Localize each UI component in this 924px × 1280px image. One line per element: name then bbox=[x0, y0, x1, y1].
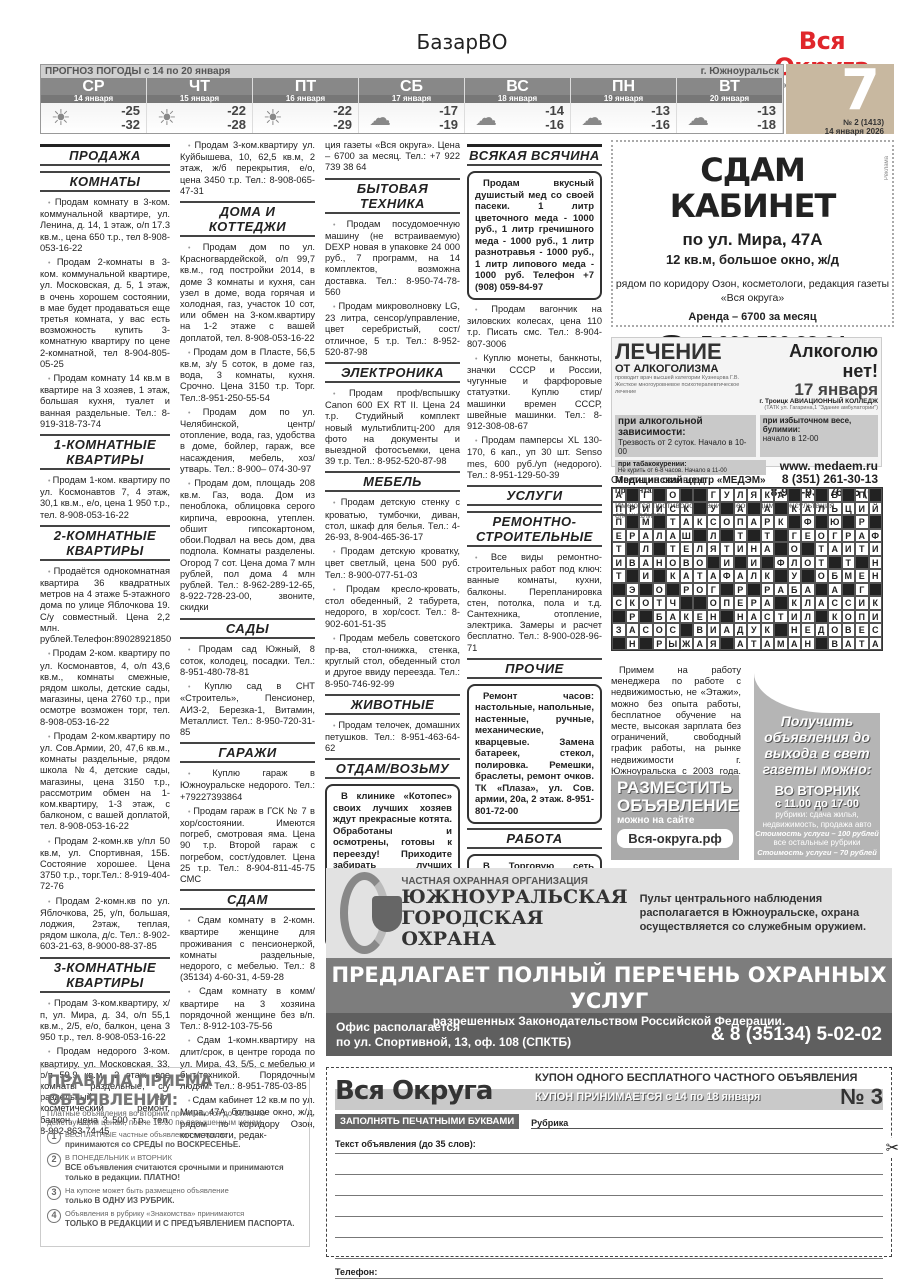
temp-day: -25 bbox=[121, 104, 140, 118]
coupon-text-line[interactable] bbox=[335, 1154, 883, 1175]
weather-city: г. Южноуральск bbox=[701, 65, 779, 78]
coupon-text-line[interactable] bbox=[335, 1175, 883, 1196]
crossword-cell: Р bbox=[653, 637, 667, 651]
section-repair: РЕМОНТНО-СТРОИТЕЛЬНЫЕ bbox=[467, 511, 602, 547]
section-appliances: БЫТОВАЯ ТЕХНИКА bbox=[325, 178, 460, 214]
ad-sec-name1: ЮЖНОУРАЛЬСКАЯ bbox=[401, 887, 627, 908]
section-sale: ПРОДАЖА bbox=[40, 144, 170, 166]
crossword-cell: Я bbox=[747, 488, 761, 502]
crossword-cell: Е bbox=[680, 542, 694, 556]
crossword-cell: О bbox=[815, 569, 829, 583]
crossword-cell: А bbox=[639, 556, 653, 570]
crossword-cell: Л bbox=[801, 596, 815, 610]
weather-date: 18 января bbox=[465, 95, 570, 103]
crossword-block bbox=[774, 569, 788, 583]
rule-line-b: ТОЛЬКО В РЕДАКЦИИ И С ПРЕДЪЯВЛЕНИЕМ ПАСП… bbox=[65, 1219, 294, 1228]
section-houses: ДОМА И КОТТЕДЖИ bbox=[180, 201, 315, 237]
ad-office-price: Аренда – 6700 за месяц bbox=[613, 311, 892, 323]
ad-tue-price2: Стоимость услуги – 70 рублей bbox=[754, 848, 880, 857]
crossword-cell: И bbox=[707, 623, 721, 637]
coupon-fill-label: ЗАПОЛНЯТЬ ПЕЧАТНЫМИ БУКВАМИ bbox=[335, 1114, 519, 1129]
crossword-cell: Ч bbox=[666, 596, 680, 610]
crossword-cell: В bbox=[828, 637, 842, 651]
crossword-cell: И bbox=[747, 556, 761, 570]
temp-night: -29 bbox=[333, 118, 352, 132]
crossword-cell: А bbox=[666, 529, 680, 543]
classified-ad: Продам 2-комн.кв у/пл 50 кв.м, ул. Спорт… bbox=[40, 836, 170, 893]
crossword-block bbox=[869, 583, 883, 597]
coupon-text-line[interactable] bbox=[335, 1217, 883, 1238]
ad-site-sub: можно на сайте bbox=[617, 815, 733, 826]
classified-ad: Продам 3-ком.квартиру ул. Куйбышева, 10,… bbox=[180, 140, 315, 197]
crossword-cell: А bbox=[666, 610, 680, 624]
temp-day: -22 bbox=[333, 104, 352, 118]
crossword-cell: И bbox=[788, 610, 802, 624]
coupon-phone-field[interactable]: Телефон: bbox=[335, 1259, 883, 1279]
rule-number-icon: 3 bbox=[47, 1186, 61, 1200]
crossword-cell: О bbox=[666, 556, 680, 570]
crossword-block bbox=[774, 529, 788, 543]
crossword-block bbox=[774, 542, 788, 556]
section-rooms: КОМНАТЫ bbox=[40, 171, 170, 192]
crossword-cell: К bbox=[761, 488, 775, 502]
crossword-cell: С bbox=[842, 596, 856, 610]
crossword-cell: О bbox=[653, 623, 667, 637]
classified-ad: Сдам комнату в комм/квартире на 3 хозяин… bbox=[180, 986, 315, 1032]
crossword-cell: Т bbox=[612, 542, 626, 556]
rules-subtitle: Платные объявления во вторник принимаютс… bbox=[47, 1109, 303, 1127]
crossword-cell: У bbox=[707, 502, 721, 516]
ad-med-b2-text: начало в 12-00 bbox=[763, 434, 875, 443]
crossword-block bbox=[626, 569, 640, 583]
crossword-block bbox=[653, 488, 667, 502]
crossword-cell: С bbox=[828, 596, 842, 610]
classified-ad: Продам памперсы XL 130-170, 6 кап., уп 3… bbox=[467, 435, 602, 481]
coupon-title: КУПОН ОДНОГО БЕСПЛАТНОГО ЧАСТНОГО ОБЪЯВЛ… bbox=[535, 1072, 883, 1084]
crossword-block bbox=[653, 515, 667, 529]
ad-tue-when: ВО ВТОРНИК bbox=[754, 783, 880, 798]
coupon-text-line[interactable] bbox=[335, 1196, 883, 1217]
classified-ad: Продаётся однокомнатная квартира 36 квад… bbox=[40, 566, 170, 645]
rule-line-a: В ПОНЕДЕЛЬНИК и ВТОРНИК bbox=[65, 1153, 303, 1163]
crossword-cell: В bbox=[828, 488, 842, 502]
crossword-block bbox=[626, 542, 640, 556]
rule-number-icon: 1 bbox=[47, 1130, 61, 1144]
classified-ad: Продам вагончик на зиловских колесах, це… bbox=[467, 304, 602, 350]
weather-day: ВС 18 января ☁ -14-16 bbox=[465, 78, 571, 133]
classified-ad: Куплю гараж в Южноуральске недорого. Тел… bbox=[180, 768, 315, 803]
classified-ad: Продам кресло-кровать, стол обеденный, 2… bbox=[325, 584, 460, 630]
crossword-cell: Г bbox=[639, 488, 653, 502]
weather-date: 15 января bbox=[147, 95, 252, 103]
rule-line-a: БЕСПЛАТНЫЕ частные объявления на купоне bbox=[65, 1130, 240, 1140]
crossword-cell: С bbox=[666, 623, 680, 637]
temp-night: -18 bbox=[757, 118, 776, 132]
coupon-number: № 3 bbox=[840, 1084, 883, 1110]
ad-site-link[interactable]: Вся-округа.рф bbox=[617, 829, 733, 848]
column-1: ПРОДАЖА КОМНАТЫ Продам комнату в 3-ком. … bbox=[40, 140, 170, 1140]
classified-ad: Продам 3-ком.квартиру, х/п, ул. Мира, д.… bbox=[40, 998, 170, 1044]
crossword-cell: Ф bbox=[720, 569, 734, 583]
crossword-block bbox=[815, 610, 829, 624]
ad-office-title: СДАМ КАБИНЕТ bbox=[613, 152, 892, 224]
crossword-cell: А bbox=[788, 637, 802, 651]
ad-tuesday-listings: Получить объявления до выхода в свет газ… bbox=[754, 665, 880, 860]
crossword-cell: О bbox=[815, 529, 829, 543]
crossword-cell: И bbox=[855, 502, 869, 516]
crossword-block bbox=[720, 637, 734, 651]
crossword-cell: О bbox=[801, 556, 815, 570]
section-misc: ВСЯКАЯ ВСЯЧИНА bbox=[467, 144, 602, 166]
crossword-block bbox=[693, 529, 707, 543]
crossword-cell: Л bbox=[788, 556, 802, 570]
crossword-cell: А bbox=[855, 529, 869, 543]
temp-day: -14 bbox=[545, 104, 564, 118]
temp-night: -32 bbox=[121, 118, 140, 132]
crossword-cell: А bbox=[761, 596, 775, 610]
classified-ad: Продам 2-комн.кв по ул. Яблочкова, 25, у… bbox=[40, 896, 170, 953]
classified-ad: Куплю монеты, банкноты, значки СССР и Ро… bbox=[467, 353, 602, 432]
crossword-block bbox=[842, 583, 856, 597]
crossword-block bbox=[707, 556, 721, 570]
ad-med-date: 17 января bbox=[755, 381, 878, 398]
crossword-cell: Е bbox=[693, 610, 707, 624]
classified-ad: Продам сад Южный, 8 соток, колодец, поса… bbox=[180, 644, 315, 679]
crossword-block bbox=[680, 488, 694, 502]
crossword-cell: З bbox=[612, 623, 626, 637]
ad-tue-rubrics2: все остальные рубрики bbox=[754, 838, 880, 848]
ad-tue-rubrics1: рубрики: сдача жилья, недвижимость, прод… bbox=[754, 810, 880, 829]
classified-ad: Продам дом, площадь 208 кв.м. Газ, вода.… bbox=[180, 478, 315, 613]
coupon-rubric-field[interactable]: Рубрика bbox=[531, 1118, 883, 1129]
crossword-cell: Т bbox=[666, 542, 680, 556]
rule-line-a: На купоне может быть размещено объявлени… bbox=[65, 1186, 229, 1196]
section-services: УСЛУГИ bbox=[467, 485, 602, 506]
crossword-cell: А bbox=[734, 502, 748, 516]
crossword-cell: Г bbox=[707, 488, 721, 502]
classified-ad-cont: ция газеты «Вся округа». Цена – 6700 за … bbox=[325, 140, 460, 174]
section-other: ПРОЧИЕ bbox=[467, 658, 602, 679]
crossword-cell: А bbox=[842, 637, 856, 651]
crossword-cell: Р bbox=[761, 583, 775, 597]
rule-item: 2 В ПОНЕДЕЛЬНИК и ВТОРНИКВСЕ объявления … bbox=[47, 1153, 303, 1183]
crossword-cell: Г bbox=[855, 583, 869, 597]
crossword-cell: Т bbox=[842, 556, 856, 570]
crossword-cell: К bbox=[869, 596, 883, 610]
crossword-cell: К bbox=[774, 515, 788, 529]
ad-med-b1-text: Трезвость от 2 суток. Начало в 10-00 bbox=[618, 438, 753, 456]
crossword-cell: П bbox=[734, 515, 748, 529]
classified-ad: Продам дом в Пласте, 56,5 кв.м, з/у 5 со… bbox=[180, 347, 315, 404]
crossword-block bbox=[761, 556, 775, 570]
section-gardens: САДЫ bbox=[180, 618, 315, 639]
crossword-cell: К bbox=[666, 569, 680, 583]
crossword-cell: Г bbox=[828, 529, 842, 543]
crossword-cell: Р bbox=[855, 515, 869, 529]
crossword-cell: Т bbox=[855, 637, 869, 651]
crossword-cell: О bbox=[666, 488, 680, 502]
ad-office-details: 12 кв.м, большое окно, ж/д bbox=[613, 252, 892, 267]
rule-line-a: Объявления в рубрику «Знакомства» приним… bbox=[65, 1209, 294, 1219]
crossword-cell: Й bbox=[869, 502, 883, 516]
crossword-cell: Р bbox=[842, 529, 856, 543]
section-3k: 3-КОМНАТНЫЕ КВАРТИРЫ bbox=[40, 957, 170, 993]
crossword-cell: К bbox=[788, 502, 802, 516]
crossword-cell: Н bbox=[869, 556, 883, 570]
ad-post-online: РАЗМЕСТИТЬ ОБЪЯВЛЕНИЕ можно на сайте Вся… bbox=[611, 775, 739, 860]
crossword-block bbox=[828, 556, 842, 570]
crossword-cell: А bbox=[680, 569, 694, 583]
crossword-block bbox=[639, 610, 653, 624]
crossword-cell: Т bbox=[720, 542, 734, 556]
temp-day: -22 bbox=[227, 104, 246, 118]
temp-night: -19 bbox=[439, 118, 458, 132]
crossword-block bbox=[774, 502, 788, 516]
crossword-cell: К bbox=[788, 596, 802, 610]
weekday: СБ bbox=[359, 78, 464, 95]
crossword-cell: Я bbox=[707, 637, 721, 651]
crossword-cell: Р bbox=[747, 596, 761, 610]
section-garages: ГАРАЖИ bbox=[180, 742, 315, 763]
weather-date: 14 января bbox=[41, 95, 146, 103]
crossword-cell: Ы bbox=[666, 637, 680, 651]
crossword-cell: А bbox=[869, 637, 883, 651]
crossword-cell: И bbox=[612, 556, 626, 570]
weekday: ПТ bbox=[253, 78, 358, 95]
security-emblem-icon bbox=[340, 872, 389, 954]
coupon-text-line[interactable] bbox=[335, 1238, 883, 1259]
ad-mark: Реклама bbox=[884, 156, 890, 180]
crossword-cell: Т bbox=[612, 569, 626, 583]
crossword-cell: Ц bbox=[842, 502, 856, 516]
crossword-cell: В bbox=[680, 556, 694, 570]
rule-line-b: принимаются со СРЕДЫ по ВОСКРЕСЕНЬЕ. bbox=[65, 1140, 240, 1149]
crossword-cell: И bbox=[842, 542, 856, 556]
crossword-grid: АГОГУЛЯКАКВППРИИСКУААКАЛЬЦИЙПМТАКСОПАРКФ… bbox=[611, 487, 883, 651]
crossword-block bbox=[747, 529, 761, 543]
crossword-cell: И bbox=[869, 610, 883, 624]
rule-number-icon: 2 bbox=[47, 1153, 61, 1167]
sun-icon: ☀ bbox=[263, 105, 283, 131]
job-ad: Примем на работу менеджера по работе с н… bbox=[611, 665, 741, 788]
crossword-cell: А bbox=[626, 623, 640, 637]
crossword-block bbox=[747, 502, 761, 516]
crossword-cell: О bbox=[842, 610, 856, 624]
crossword-cell: Л bbox=[734, 488, 748, 502]
crossword-cell: Ф bbox=[869, 529, 883, 543]
crossword-cell: Ш bbox=[680, 529, 694, 543]
rule-item: 1 БЕСПЛАТНЫЕ частные объявления на купон… bbox=[47, 1130, 303, 1150]
crossword-cell: О bbox=[828, 623, 842, 637]
ad-sec-offer: ПРЕДЛАГАЕТ ПОЛНЫЙ ПЕРЕЧЕНЬ ОХРАННЫХ УСЛУ… bbox=[326, 962, 892, 1014]
crossword-cell: Л bbox=[653, 529, 667, 543]
ad-med-place-note: (ТАТК ул. Гагарина,1 "Здание амбулатории… bbox=[755, 405, 878, 412]
classified-ad: Продам комнату 14 кв.м в квартире на 3 х… bbox=[40, 373, 170, 430]
crossword-cell: Т bbox=[761, 529, 775, 543]
coupon-accepted: КУПОН ПРИНИМАЕТСЯ с 14 по 18 января bbox=[535, 1091, 760, 1103]
ad-med-b2-title: при избыточном весе, булимии: bbox=[763, 416, 852, 434]
ad-med-subtitle: ОТ АЛКОГОЛИЗМА bbox=[615, 363, 755, 375]
crossword-cell: У bbox=[720, 488, 734, 502]
crossword-cell: К bbox=[626, 596, 640, 610]
section-work: РАБОТА bbox=[467, 828, 602, 849]
crossword-block bbox=[693, 488, 707, 502]
crossword-cell: Т bbox=[693, 569, 707, 583]
weather-date: 20 января bbox=[677, 95, 782, 103]
crossword-cell: С bbox=[612, 596, 626, 610]
crossword-cell: А bbox=[774, 583, 788, 597]
temp-day: -13 bbox=[757, 104, 776, 118]
coupon-text-field[interactable]: Текст объявления (до 35 слов): bbox=[335, 1139, 883, 1154]
crossword-cell: П bbox=[720, 596, 734, 610]
crossword-cell: Н bbox=[626, 637, 640, 651]
weather-day: ПТ 16 января ☀ -22-29 bbox=[253, 78, 359, 133]
crossword-cell: А bbox=[774, 488, 788, 502]
crossword-cell: А bbox=[801, 583, 815, 597]
crossword-cell: Р bbox=[680, 583, 694, 597]
crossword-cell: Д bbox=[734, 623, 748, 637]
crossword-cell: Н bbox=[801, 637, 815, 651]
section-2k: 2-КОМНАТНЫЕ КВАРТИРЫ bbox=[40, 525, 170, 561]
crossword-cell: Г bbox=[788, 529, 802, 543]
weekday: ВТ bbox=[677, 78, 782, 95]
weather-title: ПРОГНОЗ ПОГОДЫ с 14 по 20 января bbox=[45, 65, 230, 78]
classified-ad: Продам 2-ком.квартиру по ул. Сов.Армии, … bbox=[40, 731, 170, 833]
crossword-cell: В bbox=[626, 556, 640, 570]
crossword-block bbox=[815, 515, 829, 529]
crossword-cell: А bbox=[828, 542, 842, 556]
crossword-cell: О bbox=[639, 596, 653, 610]
cloud-icon: ☁ bbox=[687, 105, 709, 131]
crossword-cell: П bbox=[612, 515, 626, 529]
crossword-cell: Е bbox=[801, 529, 815, 543]
scissors-icon: ✂ bbox=[886, 1138, 899, 1158]
crossword-cell: Д bbox=[815, 623, 829, 637]
crossword-cell: Н bbox=[869, 569, 883, 583]
crossword-cell: М bbox=[774, 637, 788, 651]
rule-item: 4 Объявления в рубрику «Знакомства» прин… bbox=[47, 1209, 303, 1229]
crossword-cell: Л bbox=[815, 502, 829, 516]
crossword-cell: Л bbox=[747, 569, 761, 583]
crossword-cell: У bbox=[747, 623, 761, 637]
crossword-cell: И bbox=[734, 542, 748, 556]
rule-line-b: только В ОДНУ ИЗ РУБРИК. bbox=[65, 1196, 174, 1205]
ad-med-method: Жесткое многоуровневое психотерапевтичес… bbox=[615, 382, 755, 396]
crossword-cell: Э bbox=[626, 583, 640, 597]
crossword-block bbox=[626, 488, 640, 502]
crossword-title: Ответы на сканворд bbox=[611, 475, 705, 486]
crossword-cell: С bbox=[707, 515, 721, 529]
crossword-cell: А bbox=[747, 515, 761, 529]
section-1k: 1-КОМНАТНЫЕ КВАРТИРЫ bbox=[40, 434, 170, 470]
crossword-cell: И bbox=[855, 596, 869, 610]
crossword-cell: Т bbox=[774, 610, 788, 624]
crossword-cell: Н bbox=[707, 610, 721, 624]
crossword-cell: А bbox=[815, 596, 829, 610]
temp-night: -16 bbox=[545, 118, 564, 132]
rules-title: ПРАВИЛА ПРИЕМА ОБЪЯВЛЕНИЙ: bbox=[47, 1071, 303, 1109]
crossword-cell: Т bbox=[815, 542, 829, 556]
crossword-cell: Н bbox=[653, 556, 667, 570]
crossword-cell: А bbox=[734, 637, 748, 651]
crossword-block bbox=[788, 515, 802, 529]
crossword-cell: Г bbox=[707, 583, 721, 597]
weather-date: 16 января bbox=[253, 95, 358, 103]
cloud-icon: ☁ bbox=[475, 105, 497, 131]
page-number: 7 bbox=[786, 64, 894, 118]
classified-ad: Продам мебель советского пр-ва, стол-кни… bbox=[325, 633, 460, 690]
crossword-block bbox=[842, 515, 856, 529]
crossword-cell: О bbox=[653, 583, 667, 597]
crossword-cell: А bbox=[720, 623, 734, 637]
ad-site-headline: РАЗМЕСТИТЬ ОБЪЯВЛЕНИЕ bbox=[617, 779, 733, 815]
crossword-cell: Т bbox=[855, 542, 869, 556]
crossword-block bbox=[815, 488, 829, 502]
ad-tue-price1: Стоимость услуги – 100 рублей bbox=[754, 829, 880, 838]
temp-day: -17 bbox=[439, 104, 458, 118]
classified-ad: Продам детскую стенку с кроватью, тумбоч… bbox=[325, 497, 460, 543]
crossword-cell: Р bbox=[734, 583, 748, 597]
crossword-cell: А bbox=[639, 529, 653, 543]
crossword-block bbox=[869, 488, 883, 502]
crossword-cell: О bbox=[720, 515, 734, 529]
crossword-block bbox=[842, 488, 856, 502]
crossword-cell: Н bbox=[747, 542, 761, 556]
crossword-block bbox=[639, 583, 653, 597]
crossword-block bbox=[653, 569, 667, 583]
crossword-cell: Т bbox=[653, 596, 667, 610]
ad-rules: ПРАВИЛА ПРИЕМА ОБЪЯВЛЕНИЙ: Платные объяв… bbox=[40, 1067, 310, 1247]
crossword-block bbox=[788, 488, 802, 502]
ad-med-doctor: проводит врач высшей категории Кузнецова… bbox=[615, 375, 755, 382]
weather-day: ВТ 20 января ☁ -13-18 bbox=[677, 78, 783, 133]
crossword-block bbox=[774, 623, 788, 637]
crossword-cell: Б bbox=[828, 569, 842, 583]
crossword-cell: К bbox=[680, 502, 694, 516]
crossword-cell: И bbox=[639, 569, 653, 583]
crossword-cell: К bbox=[761, 569, 775, 583]
weekday: ПН bbox=[571, 78, 676, 95]
crossword-block bbox=[801, 542, 815, 556]
weather-date: 19 января bbox=[571, 95, 676, 103]
crossword-cell: Р bbox=[626, 502, 640, 516]
classified-ad: Продам микроволновку LG, 23 литра, сенсо… bbox=[325, 301, 460, 358]
classified-ad: Продам дом по ул. Челябинской, центр/ото… bbox=[180, 407, 315, 475]
section-give-take: ОТДАМ/ВОЗЬМУ bbox=[325, 758, 460, 779]
ad-sec-desc: Пульт центрального наблюдения располагае… bbox=[640, 892, 892, 934]
crossword-cell: Ь bbox=[828, 502, 842, 516]
crossword-cell: Ф bbox=[774, 556, 788, 570]
crossword-cell: А bbox=[828, 583, 842, 597]
crossword-cell: В bbox=[693, 623, 707, 637]
classified-ad: Продам дом по ул. Красногвардейской, о/п… bbox=[180, 242, 315, 344]
crossword-cell: Ж bbox=[680, 637, 694, 651]
crossword-cell: Т bbox=[734, 529, 748, 543]
crossword-cell: О bbox=[788, 542, 802, 556]
crossword-block bbox=[747, 583, 761, 597]
ad-med-place: г. Троицк АВИАЦИОННЫЙ КОЛЛЕДЖ bbox=[755, 398, 878, 405]
crossword-cell: М bbox=[639, 515, 653, 529]
crossword-block bbox=[734, 556, 748, 570]
column-2: Продам 3-ком.квартиру ул. Куйбышева, 10,… bbox=[180, 140, 315, 1144]
ad-office-rent: СДАМ КАБИНЕТ по ул. Мира, 47А 12 кв.м, б… bbox=[611, 140, 894, 327]
weekday: ВС bbox=[465, 78, 570, 95]
crossword-cell: Р bbox=[626, 529, 640, 543]
weekday: СР bbox=[41, 78, 146, 95]
crossword-cell: С bbox=[666, 502, 680, 516]
ad-sec-phone: & 8 (35134) 5-02-02 bbox=[711, 1024, 882, 1046]
crossword-block bbox=[666, 583, 680, 597]
